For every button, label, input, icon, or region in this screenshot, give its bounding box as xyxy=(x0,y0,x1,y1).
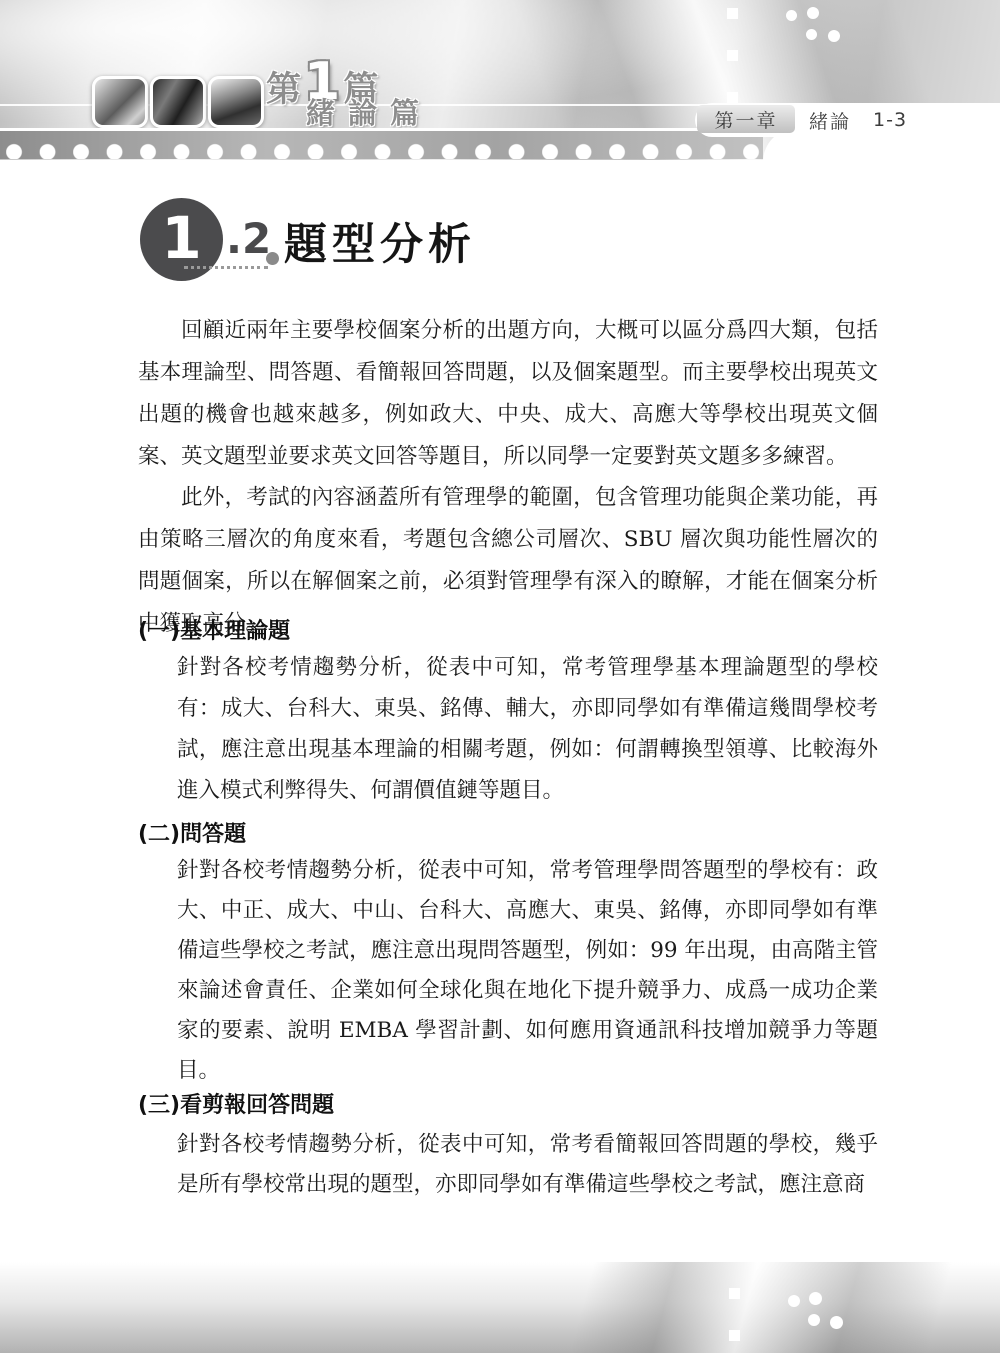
white-dot-icon xyxy=(809,1292,822,1305)
chapter-chip: 第一章 xyxy=(697,105,795,133)
part-prefix: 第 xyxy=(266,73,301,108)
subsection-1-body: 針對各校考情趨勢分析，從表中可知，常考管理學基本理論題型的學校有：成大、台科大、… xyxy=(177,647,878,811)
paragraph-1: 回顧近兩年主要學校個案分析的出題方向，大概可以區分爲四大類，包括基本理論型、問答… xyxy=(138,310,878,478)
white-dot-icon xyxy=(786,10,797,21)
page-number: 1-3 xyxy=(873,109,907,131)
subsection-1-heading: (一)基本理論題 xyxy=(138,617,878,647)
square-dash-icon xyxy=(727,8,738,19)
subsection-3-heading: (三)看剪報回答問題 xyxy=(138,1091,878,1121)
square-dash-icon xyxy=(727,92,738,103)
subsection-3-body: 針對各校考情趨勢分析，從表中可知，常考看簡報回答問題的學校，幾乎是所有學校常出現… xyxy=(177,1125,878,1205)
dotted-leader xyxy=(184,253,268,269)
chapter-label: 第一章 xyxy=(714,106,777,133)
white-dot-icon xyxy=(807,7,819,19)
white-dot-icon xyxy=(806,29,817,40)
square-dash-icon xyxy=(729,1288,740,1299)
white-dot-icon xyxy=(830,1316,843,1329)
subsection-2-heading: (二)問答題 xyxy=(138,820,878,850)
book-page: 第 1 篇 緒論篇 第一章 緒論 1-3 1 .2 題型分析 回顧近兩年主要學校… xyxy=(0,0,1000,1353)
white-dot-icon xyxy=(828,30,840,42)
photo-thumbnail-2 xyxy=(150,76,206,128)
leader-dot-icon xyxy=(266,252,279,265)
section-title: 題型分析 xyxy=(284,222,476,269)
photo-thumbnail-1 xyxy=(92,76,148,128)
chapter-title: 緒論 xyxy=(809,107,851,134)
film-strip-band xyxy=(0,128,763,159)
photo-thumbnail-3 xyxy=(208,76,264,128)
square-dash-icon xyxy=(729,1330,740,1341)
film-strip-holes xyxy=(6,143,763,159)
white-dot-icon xyxy=(788,1295,800,1307)
subsection-2-body: 針對各校考情趨勢分析，從表中可知，常考管理學問答題型的學校有：政大、中正、成大、… xyxy=(177,851,878,1091)
square-dash-icon xyxy=(727,50,738,61)
chapter-breadcrumb: 第一章 緒論 1-3 xyxy=(695,103,1000,137)
footer-background xyxy=(0,1262,1000,1353)
white-dot-icon xyxy=(808,1314,820,1326)
part-subtitle: 緒論篇 xyxy=(306,99,432,128)
